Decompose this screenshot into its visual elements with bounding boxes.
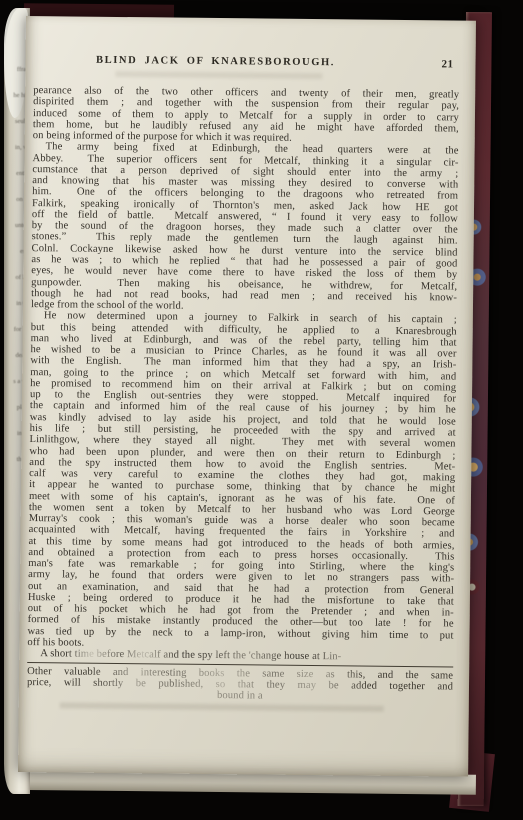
page-body-text: pearance also of the two other officers …: [27, 85, 459, 704]
paragraph: pearance also of the two other officers …: [33, 85, 460, 146]
page-number: 21: [441, 58, 453, 70]
paragraph: He now determined upon a journey to Falk…: [27, 310, 457, 652]
bleed-through-mark-top: [115, 71, 322, 79]
bleed-through-mark-bottom: [59, 702, 383, 711]
running-head-title: BLIND JACK OF KNARESBOROUGH.: [33, 54, 397, 69]
publisher-footer-note: Other valuable and interesting books the…: [27, 666, 453, 704]
paragraph: The army being fixed at Edinburgh, the h…: [31, 141, 459, 314]
running-head: BLIND JACK OF KNARESBOROUGH. 21: [33, 54, 457, 72]
book-page: BLIND JACK OF KNARESBOROUGH. 21 pearance…: [18, 16, 476, 777]
book-photo-scene: ffra;he hilseulsin, wentiron ituntejesso…: [0, 0, 523, 820]
